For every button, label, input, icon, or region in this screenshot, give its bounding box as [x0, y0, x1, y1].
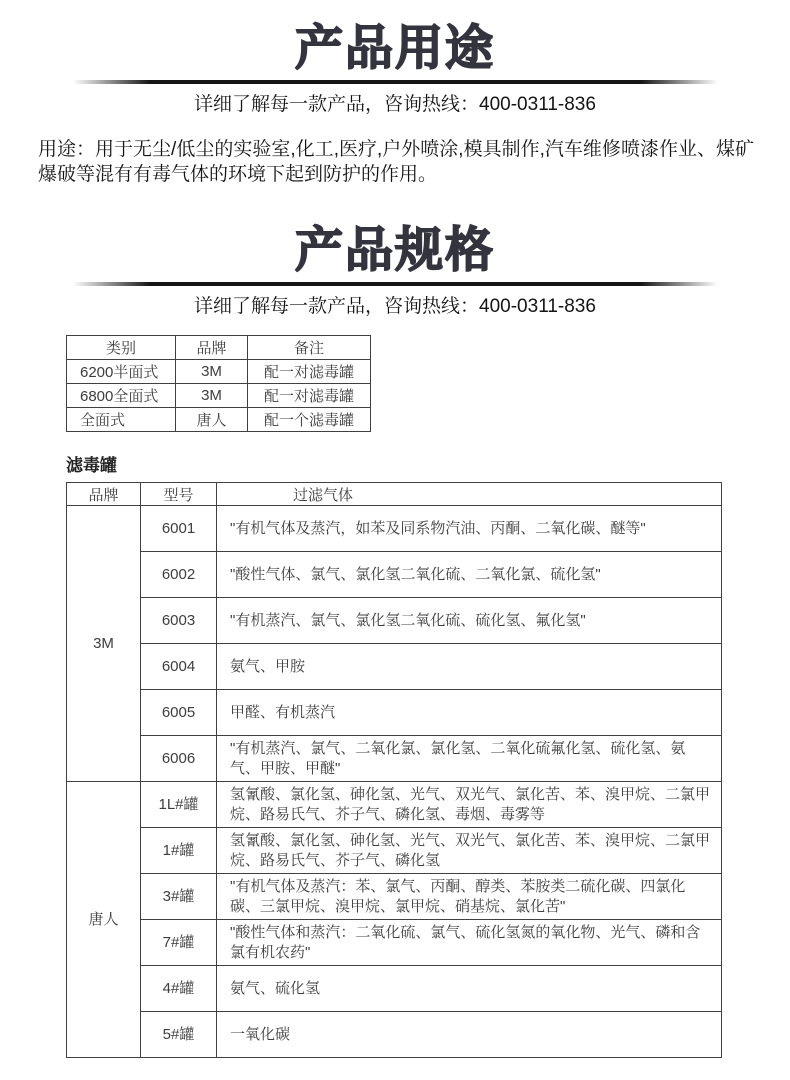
note-cell: 配一个滤毒罐: [248, 408, 371, 432]
table-row: 3#罐"有机气体及蒸汽：苯、氯气、丙酮、醇类、苯胺类二硫化碳、四氯化碳、三氯甲烷…: [67, 874, 722, 920]
model-cell: 6005: [141, 690, 217, 736]
col-header-brand: 品牌: [67, 483, 141, 506]
usage-section-title: 产品用途: [0, 25, 790, 73]
table-header-row: 类别 品牌 备注: [67, 336, 371, 360]
brand-cell: 唐人: [176, 408, 248, 432]
table-row: 6006"有机蒸汽、氯气、二氧化氯、氯化氢、二氧化硫氟化氢、硫化氢、氨气、甲胺、…: [67, 736, 722, 782]
col-header-model: 型号: [141, 483, 217, 506]
model-cell: 4#罐: [141, 966, 217, 1012]
gases-cell: 甲醛、有机蒸汽: [217, 690, 722, 736]
model-cell: 6001: [141, 506, 217, 552]
gases-cell: "有机气体及蒸汽：苯、氯气、丙酮、醇类、苯胺类二硫化碳、四氯化碳、三氯甲烷、溴甲…: [217, 874, 722, 920]
title-divider-line: [73, 282, 718, 286]
brand-cell: 3M: [67, 506, 141, 782]
table-row: 6800全面式3M配一对滤毒罐: [67, 384, 371, 408]
table-row: 全面式唐人配一个滤毒罐: [67, 408, 371, 432]
model-cell: 1#罐: [141, 828, 217, 874]
mask-spec-table: 类别 品牌 备注 6200半面式3M配一对滤毒罐6800全面式3M配一对滤毒罐全…: [66, 335, 371, 432]
brand-cell: 3M: [176, 360, 248, 384]
brand-cell: 3M: [176, 384, 248, 408]
usage-section-header: 产品用途 详细了解每一款产品，咨询热线：400-0311-836: [0, 0, 790, 116]
table-row: 5#罐一氧化碳: [67, 1012, 722, 1058]
spec-section-title: 产品规格: [0, 227, 790, 275]
gases-cell: "有机蒸汽、氯气、二氧化氯、氯化氢、二氧化硫氟化氢、硫化氢、氨气、甲胺、甲醚": [217, 736, 722, 782]
table-row: 7#罐"酸性气体和蒸汽：二氧化硫、氯气、硫化氢氮的氧化物、光气、磷和含氯有机农药…: [67, 920, 722, 966]
gases-cell: 氢氰酸、氯化氢、砷化氢、光气、双光气、氯化苦、苯、溴甲烷、二氯甲烷、路易氏气、芥…: [217, 828, 722, 874]
table-row: 6003"有机蒸汽、氯气、氯化氢二氧化硫、硫化氢、氟化氢": [67, 598, 722, 644]
table-header-row: 品牌 型号 过滤气体: [67, 483, 722, 506]
table-row: 6002"酸性气体、氯气、氯化氢二氧化硫、二氧化氯、硫化氢": [67, 552, 722, 598]
gases-cell: "有机蒸汽、氯气、氯化氢二氧化硫、硫化氢、氟化氢": [217, 598, 722, 644]
category-cell: 6800全面式: [67, 384, 176, 408]
gases-cell: 氨气、甲胺: [217, 644, 722, 690]
category-cell: 全面式: [67, 408, 176, 432]
spec-section-header: 产品规格 详细了解每一款产品，咨询热线：400-0311-836: [0, 187, 790, 318]
brand-cell: 唐人: [67, 782, 141, 1058]
usage-paragraph: 用途：用于无尘/低尘的实验室,化工,医疗,户外喷涂,模具制作,汽车维修喷漆作业、…: [38, 137, 754, 187]
gases-cell: "酸性气体和蒸汽：二氧化硫、氯气、硫化氢氮的氧化物、光气、磷和含氯有机农药": [217, 920, 722, 966]
note-cell: 配一对滤毒罐: [248, 384, 371, 408]
model-cell: 3#罐: [141, 874, 217, 920]
title-divider-line: [73, 80, 718, 84]
model-cell: 6006: [141, 736, 217, 782]
gases-cell: "有机气体及蒸汽，如苯及同系物汽油、丙酮、二氧化碳、醚等": [217, 506, 722, 552]
gases-cell: 氢氰酸、氯化氢、砷化氢、光气、双光气、氯化苦、苯、溴甲烷、二氯甲烷、路易氏气、芥…: [217, 782, 722, 828]
col-header-note: 备注: [248, 336, 371, 360]
product-detail-page: 产品用途 详细了解每一款产品，咨询热线：400-0311-836 用途：用于无尘…: [0, 0, 790, 1080]
gases-cell: "酸性气体、氯气、氯化氢二氧化硫、二氧化氯、硫化氢": [217, 552, 722, 598]
model-cell: 1L#罐: [141, 782, 217, 828]
model-cell: 6002: [141, 552, 217, 598]
usage-hotline-text: 详细了解每一款产品，咨询热线：400-0311-836: [0, 94, 790, 116]
canister-table: 品牌 型号 过滤气体 3M6001"有机气体及蒸汽，如苯及同系物汽油、丙酮、二氧…: [66, 482, 722, 1058]
col-header-gases: 过滤气体: [217, 483, 722, 506]
note-cell: 配一对滤毒罐: [248, 360, 371, 384]
table-row: 6005甲醛、有机蒸汽: [67, 690, 722, 736]
table-row: 6200半面式3M配一对滤毒罐: [67, 360, 371, 384]
gases-cell: 氨气、硫化氢: [217, 966, 722, 1012]
gases-cell: 一氧化碳: [217, 1012, 722, 1058]
table-row: 唐人1L#罐氢氰酸、氯化氢、砷化氢、光气、双光气、氯化苦、苯、溴甲烷、二氯甲烷、…: [67, 782, 722, 828]
spec-hotline-text: 详细了解每一款产品，咨询热线：400-0311-836: [0, 296, 790, 318]
model-cell: 6004: [141, 644, 217, 690]
model-cell: 5#罐: [141, 1012, 217, 1058]
table-row: 4#罐氨气、硫化氢: [67, 966, 722, 1012]
col-header-brand: 品牌: [176, 336, 248, 360]
table-row: 1#罐氢氰酸、氯化氢、砷化氢、光气、双光气、氯化苦、苯、溴甲烷、二氯甲烷、路易氏…: [67, 828, 722, 874]
model-cell: 6003: [141, 598, 217, 644]
table-row: 6004氨气、甲胺: [67, 644, 722, 690]
col-header-category: 类别: [67, 336, 176, 360]
table-row: 3M6001"有机气体及蒸汽，如苯及同系物汽油、丙酮、二氧化碳、醚等": [67, 506, 722, 552]
canister-section-heading: 滤毒罐: [66, 456, 790, 476]
model-cell: 7#罐: [141, 920, 217, 966]
category-cell: 6200半面式: [67, 360, 176, 384]
